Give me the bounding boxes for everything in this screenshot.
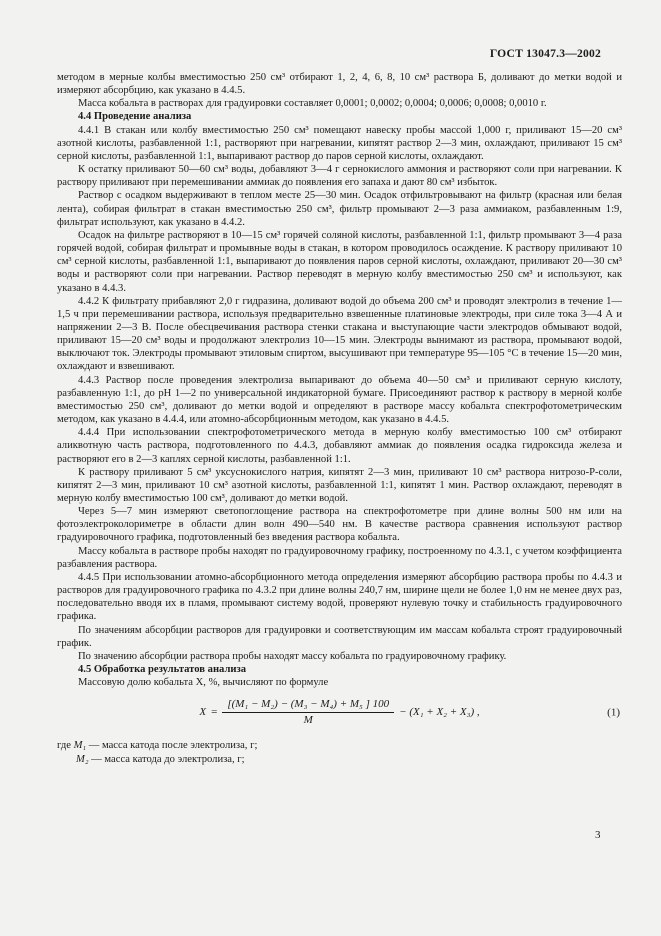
definition-term: M₂ bbox=[76, 754, 89, 765]
paragraph: К остатку приливают 50—60 см³ воды, доба… bbox=[57, 163, 622, 189]
definitions-intro: где bbox=[57, 740, 74, 751]
paragraph: Массу кобальта в растворе пробы находят … bbox=[57, 545, 622, 571]
formula-lhs: X bbox=[199, 706, 206, 719]
paragraph-4-4-1: 4.4.1 В стакан или колбу вместимостью 25… bbox=[57, 124, 622, 163]
paragraph: По значениям абсорбции растворов для гра… bbox=[57, 624, 622, 650]
definition-line: где M₁ — масса катода после электролиза,… bbox=[57, 739, 622, 752]
formula-number: (1) bbox=[607, 706, 620, 719]
formula-definitions: где M₁ — масса катода после электролиза,… bbox=[57, 739, 622, 765]
formula: X = [(M₁ − M₂) − (M₃ − M₄) + M₅ ] 100 M … bbox=[57, 698, 622, 727]
standard-designation: ГОСТ 13047.3—2002 bbox=[490, 47, 601, 60]
paragraph: Через 5—7 мин измеряют светопоглощение р… bbox=[57, 505, 622, 544]
formula-tail: − (X₁ + X₂ + X₃) , bbox=[399, 706, 479, 719]
formula-denominator: M bbox=[222, 713, 394, 727]
definition-line: M₂ — масса катода до электролиза, г; bbox=[57, 753, 622, 766]
definition-term: M₁ bbox=[74, 740, 87, 751]
definition-text: — масса катода до электролиза, г; bbox=[89, 754, 245, 765]
paragraph-continuation: методом в мерные колбы вместимостью 250 … bbox=[57, 71, 622, 97]
paragraph: К раствору приливают 5 см³ уксуснокислог… bbox=[57, 466, 622, 505]
paragraph: По значению абсорбции раствора пробы нах… bbox=[57, 650, 622, 663]
formula-numerator: [(M₁ − M₂) − (M₃ − M₄) + M₅ ] 100 bbox=[222, 698, 394, 713]
formula-equals: = bbox=[211, 706, 217, 719]
document-page: ГОСТ 13047.3—2002 методом в мерные колбы… bbox=[0, 0, 661, 936]
paragraph: Масса кобальта в растворах для градуиров… bbox=[57, 97, 622, 110]
body-text: методом в мерные колбы вместимостью 250 … bbox=[57, 71, 622, 766]
paragraph-4-4-4: 4.4.4 При использовании спектрофотометри… bbox=[57, 426, 622, 465]
paragraph-formula-intro: Массовую долю кобальта X, %, вычисляют п… bbox=[57, 676, 622, 689]
paragraph-4-4-2: 4.4.2 К фильтрату прибавляют 2,0 г гидра… bbox=[57, 295, 622, 374]
section-heading-4-4: 4.4 Проведение анализа bbox=[57, 110, 622, 123]
paragraph: Раствор с осадком выдерживают в теплом м… bbox=[57, 189, 622, 228]
formula-fraction: [(M₁ − M₂) − (M₃ − M₄) + M₅ ] 100 M bbox=[222, 698, 394, 727]
paragraph-4-4-5: 4.4.5 При использовании атомно-абсорбцио… bbox=[57, 571, 622, 624]
paragraph: Осадок на фильтре растворяют в 10—15 см³… bbox=[57, 229, 622, 295]
paragraph-4-4-3: 4.4.3 Раствор после проведения электроли… bbox=[57, 374, 622, 427]
definition-text: — масса катода после электролиза, г; bbox=[86, 740, 257, 751]
page-number: 3 bbox=[595, 829, 601, 841]
section-heading-4-5: 4.5 Обработка результатов анализа bbox=[57, 663, 622, 676]
